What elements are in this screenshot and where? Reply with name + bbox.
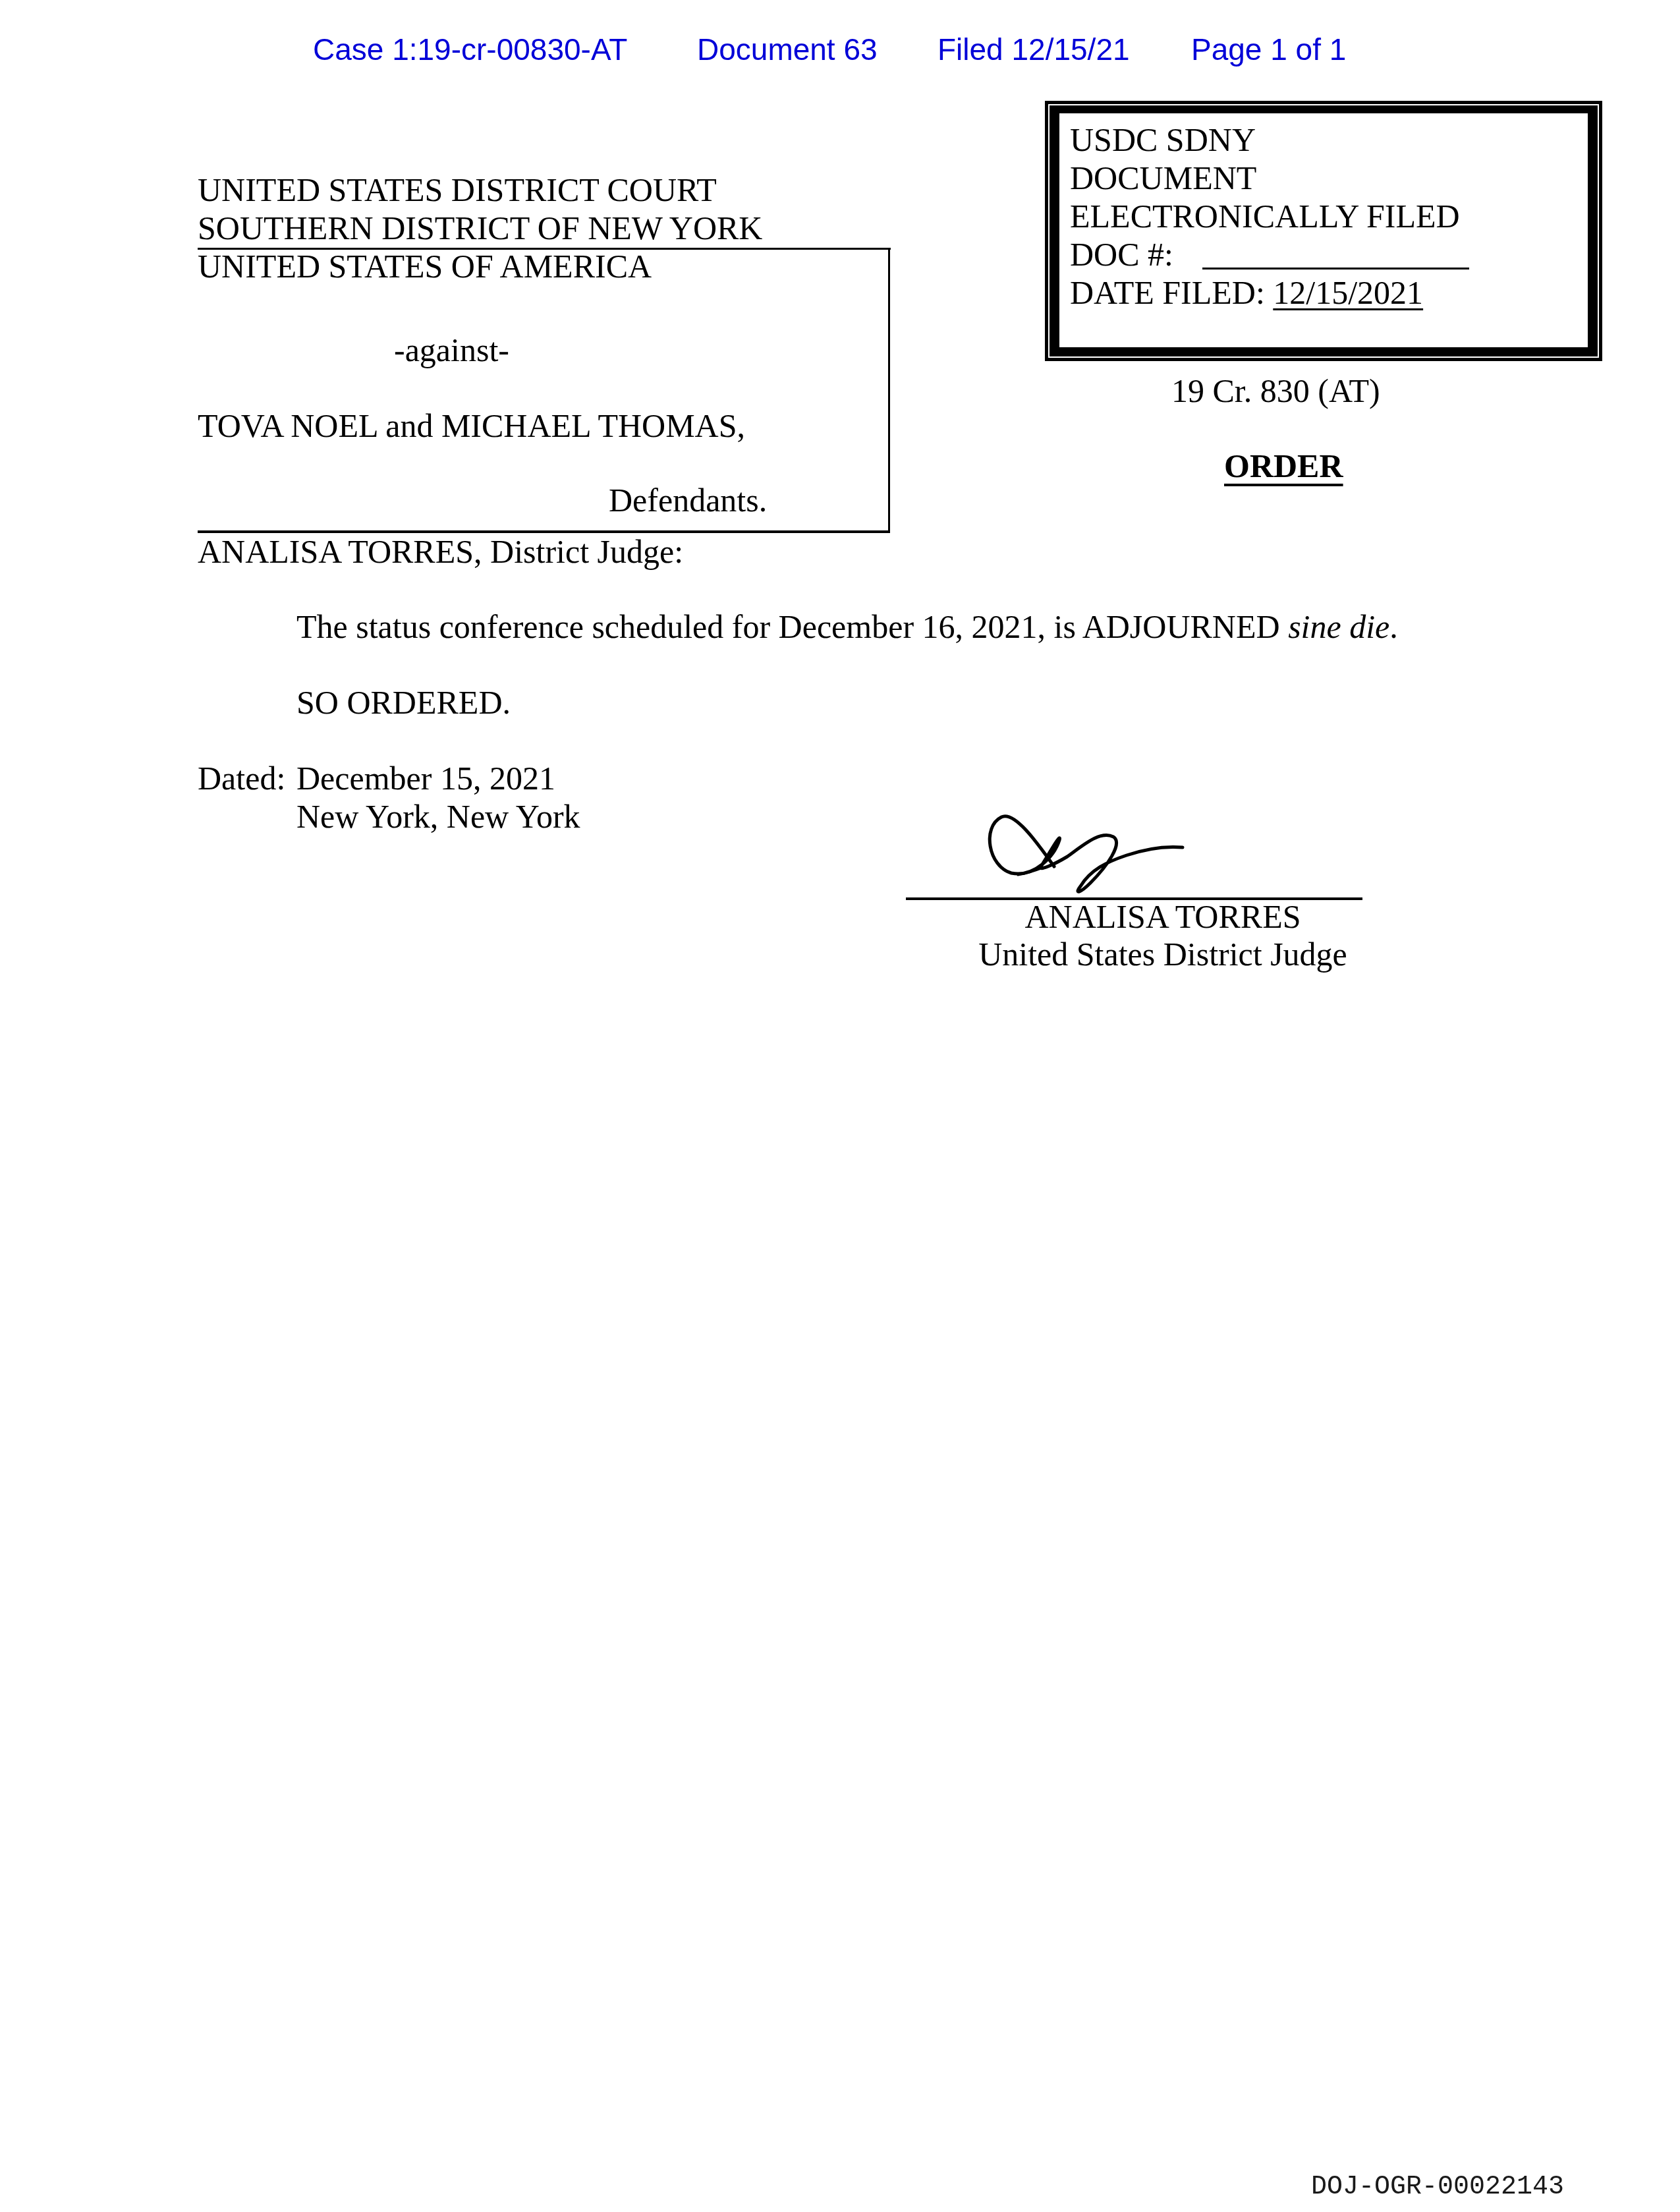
order-paragraph-period: . [1389,608,1398,645]
ecf-page-count: Page 1 of 1 [1191,34,1346,65]
dated-date: December 15, 2021 [296,762,555,795]
stamp-electronically-filed: ELECTRONICALLY FILED [1070,200,1460,233]
stamp-date-filed: DATE FILED: 12/15/2021 [1070,276,1423,309]
case-number: 19 Cr. 830 (AT) [1171,374,1380,407]
ecf-case-number: Case 1:19-cr-00830-AT [313,34,627,65]
court-district: SOUTHERN DISTRICT OF NEW YORK [198,212,762,244]
caption-defendants: TOVA NOEL and MICHAEL THOMAS, [198,409,745,442]
signer-name: ANALISA TORRES [965,900,1360,933]
caption-plaintiff: UNITED STATES OF AMERICA [198,250,652,283]
order-paragraph-latin: sine die [1288,608,1389,645]
bates-number: DOJ-OGR-00022143 [1311,2174,1564,2201]
signature-icon [975,804,1252,903]
document-page: Case 1:19-cr-00830-AT Document 63 Filed … [0,0,1680,2212]
order-paragraph: The status conference scheduled for Dece… [296,610,1398,643]
stamp-doc-number-blank [1202,268,1469,269]
caption-defendants-label: Defendants. [609,484,767,517]
dated-label: Dated: [198,762,285,795]
court-name: UNITED STATES DISTRICT COURT [198,173,717,206]
judge-intro: ANALISA TORRES, District Judge: [198,535,683,568]
ecf-document-number: Document 63 [697,34,878,65]
caption-versus: -against- [394,333,509,366]
stamp-court: USDC SDNY [1070,123,1256,156]
stamp-document: DOCUMENT [1070,161,1256,194]
stamp-date-filed-value: 12/15/2021 [1273,274,1423,311]
signer-title: United States District Judge [965,938,1360,971]
stamp-doc-number-label: DOC #: [1070,238,1173,271]
stamp-date-filed-label: DATE FILED: [1070,274,1265,311]
dated-place: New York, New York [296,800,580,833]
document-title: ORDER [1224,449,1343,482]
ecf-filed-date: Filed 12/15/21 [938,34,1130,65]
caption-right-rule [888,248,890,533]
order-paragraph-text: The status conference scheduled for Dece… [296,608,1288,645]
so-ordered: SO ORDERED. [296,686,511,719]
